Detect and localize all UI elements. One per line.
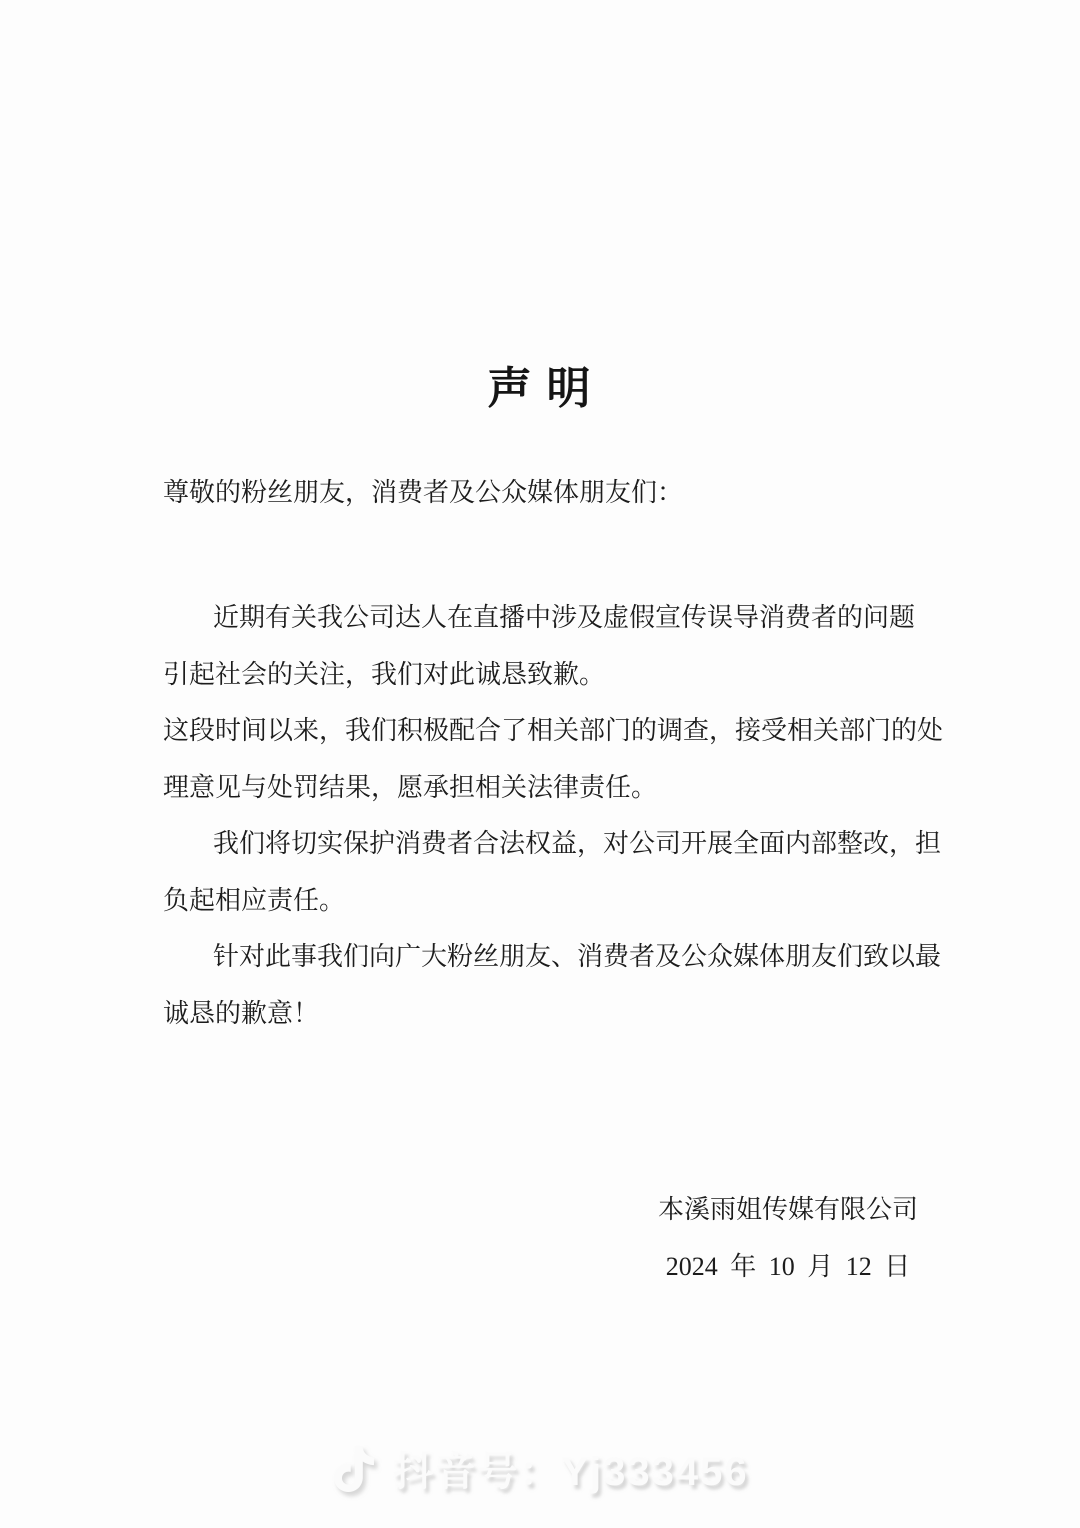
document-title: 声 明 [0,352,1080,416]
salutation-line: 尊敬的粉丝朋友，消费者及公众媒体朋友们： [163,465,683,522]
statement-line: 针对此事我们向广大粉丝朋友、消费者及公众媒体朋友们致以最 [163,929,943,986]
statement-line: 负起相应责任。 [163,873,943,930]
statement-line: 近期有关我公司达人在直播中涉及虚假宣传误导消费者的问题 [163,590,943,647]
statement-line: 我们将切实保护消费者合法权益，对公司开展全面内部整改，担 [163,816,943,873]
douyin-note-icon [331,1446,377,1492]
statement-line: 引起社会的关注，我们对此诚恳致歉。 [163,647,943,704]
watermark-text: 抖音号：Yj333456 [393,1440,748,1497]
statement-line: 理意见与处罚结果，愿承担相关法律责任。 [163,760,943,817]
statement-date: 2024 年 10 月 12 日 [628,1239,948,1296]
signature-block: 本溪雨姐传媒有限公司 2024 年 10 月 12 日 [628,1182,948,1295]
statement-document-page: 声 明 尊敬的粉丝朋友，消费者及公众媒体朋友们： 近期有关我公司达人在直播中涉及… [0,0,1080,1528]
statement-line: 诚恳的歉意！ [163,986,943,1043]
statement-body: 近期有关我公司达人在直播中涉及虚假宣传误导消费者的问题 引起社会的关注，我们对此… [163,590,943,1042]
company-name: 本溪雨姐传媒有限公司 [628,1182,948,1239]
douyin-watermark: 抖音号：Yj333456 [0,1440,1080,1497]
statement-line: 这段时间以来，我们积极配合了相关部门的调查，接受相关部门的处 [163,703,943,760]
